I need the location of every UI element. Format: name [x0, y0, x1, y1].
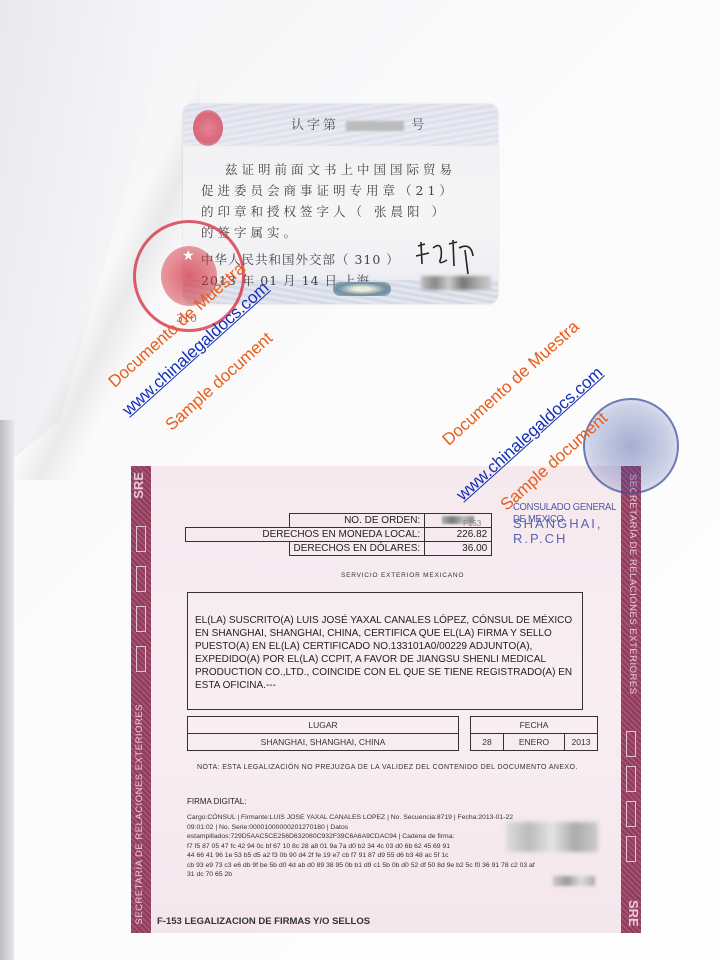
form-title: F-153 LEGALIZACION DE FIRMAS Y/O SELLOS	[157, 916, 370, 927]
cert-number-prefix: 认字第	[291, 118, 339, 133]
table-row: NO. DE ORDEN:	[186, 514, 492, 528]
sre-label: SRE	[621, 900, 641, 927]
national-emblem-icon	[193, 110, 223, 146]
order-number-label: NO. DE ORDEN:	[289, 514, 425, 528]
usd-fee-value: 36.00	[425, 542, 492, 556]
greek-key-ornament	[626, 731, 636, 757]
consulate-city: SHANGHAI, R.P.CH	[513, 516, 641, 546]
place-table: LUGAR SHANGHAI, SHANGHAI, CHINA	[187, 716, 459, 751]
legal-note: NOTA: ESTA LEGALIZACIÓN NO PREJUZGA DE L…	[197, 764, 578, 771]
star-icon: ★	[182, 247, 195, 264]
usd-fee-label: DERECHOS EN DÓLARES:	[289, 542, 425, 556]
date-day: 28	[471, 734, 504, 751]
table-row: DERECHOS EN DÓLARES: 36.00	[186, 542, 492, 556]
local-fee-label: DERECHOS EN MONEDA LOCAL:	[186, 528, 425, 542]
cert-line: 的印章和授权签字人（ 张晨阳 ）	[201, 201, 456, 222]
redacted-barcode	[421, 276, 491, 290]
order-number-value	[425, 514, 492, 528]
greek-key-ornament	[136, 606, 146, 632]
strip-ministry-text: SECRETARÍA DE RELACIONES EXTERIORES	[134, 704, 148, 925]
redacted-signature-hash	[506, 822, 598, 852]
service-heading: SERVICIO EXTERIOR MEXICANO	[341, 572, 464, 579]
left-security-strip: SRE SECRETARÍA DE RELACIONES EXTERIORES	[131, 466, 151, 933]
sre-label: SRE	[131, 472, 151, 499]
greek-key-ornament	[626, 766, 636, 792]
handwritten-signature	[413, 236, 483, 276]
place-value: SHANGHAI, SHANGHAI, CHINA	[188, 734, 459, 751]
date-month: ENERO	[504, 734, 565, 751]
fees-table: NO. DE ORDEN: DERECHOS EN MONEDA LOCAL: …	[185, 513, 492, 556]
date-table: FECHA 28 ENERO 2013	[470, 716, 598, 751]
certification-text: EL(LA) SUSCRITO(A) LUIS JOSÉ YAXAL CANAL…	[195, 614, 572, 692]
place-header: LUGAR	[188, 717, 459, 734]
table-row: DERECHOS EN MONEDA LOCAL: 226.82	[186, 528, 492, 542]
greek-key-ornament	[626, 836, 636, 862]
greek-key-ornament	[136, 566, 146, 592]
certification-box: EL(LA) SUSCRITO(A) LUIS JOSÉ YAXAL CANAL…	[187, 592, 583, 710]
page-edge	[0, 420, 14, 960]
cert-number-suffix: 号	[411, 118, 427, 133]
date-header: FECHA	[471, 717, 598, 734]
certificate-number: 认字第 号	[291, 114, 427, 133]
mexican-legalization-form: SRE SECRETARÍA DE RELACIONES EXTERIORES …	[131, 466, 641, 933]
greek-key-ornament	[626, 801, 636, 827]
digital-signature-label: FIRMA DIGITAL:	[187, 797, 246, 806]
cert-line: 兹证明前面文书上中国国际贸易	[201, 159, 456, 180]
local-fee-value: 226.82	[425, 528, 492, 542]
redacted-serial	[553, 876, 595, 886]
cert-line: 促进委员会商事证明专用章（21）	[201, 180, 456, 201]
redacted-number	[346, 121, 404, 131]
security-rosette	[333, 282, 391, 296]
date-year: 2013	[565, 734, 598, 751]
greek-key-ornament	[136, 646, 146, 672]
greek-key-ornament	[136, 526, 146, 552]
form-code: F153	[463, 519, 481, 528]
